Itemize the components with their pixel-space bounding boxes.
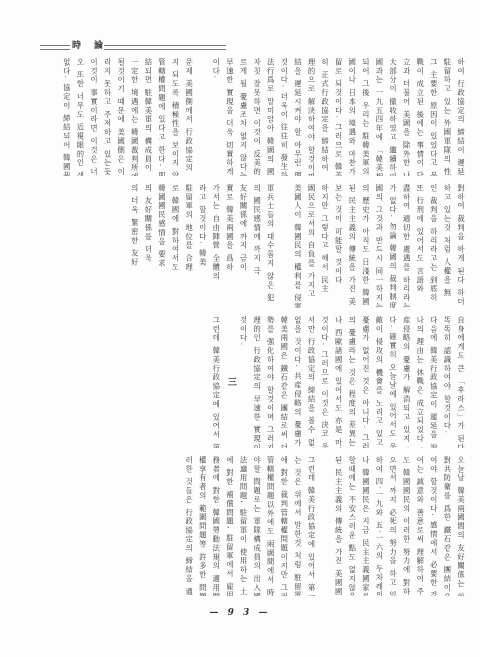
text-band-1: 하여 行政協定의 締結이 遲延된 것은 우리나라에駐留하고 있는 外國軍隊의 性…: [42, 58, 468, 176]
text-column: 一定한 境遇에는 韓國裁判所에서 이를 裁判하게: [128, 58, 142, 176]
text-column: 管轄權問題에 있다고 한다. 即 正式行政協定이 締: [155, 58, 169, 176]
text-band-3: 自身에게도 큰 「후라스」가 된다는 것을 美國側은똑똑히 認識하여야 할것이다…: [42, 316, 468, 448]
text-column: 에 對한 裁判管轄權問題이지만 그러나 이것만이: [278, 456, 292, 596]
text-column: 리지 못하고 주저하고 있는듯 하다. 그러나 萬一: [101, 58, 115, 176]
text-column: 의 國民感情에 까지 극: [251, 184, 265, 308]
text-column: 理的으로 解決하여야 할것이며 이제는 協定의 締: [305, 58, 319, 176]
text-column: 管轄權問題以外에도 兩國間에서 時急히 解決하여: [264, 456, 278, 596]
text-column: 나 韓國國民은 지금 民主主義國家를 建設하기 爲: [359, 456, 373, 596]
text-column: 의 友好關係를 더욱: [142, 184, 156, 308]
text-column: 友好關係에 까지 금이: [237, 184, 251, 308]
text-column: 美國人이 韓國民의 權利를 侵害: [291, 184, 305, 308]
text-column: 하여 四·一九와 五·一六의 두차례의 革命을 겪: [373, 456, 387, 596]
text-column: 가 없다. 勿論 韓國의 裁判制度: [386, 184, 400, 308]
text-column: 結되면 駐韓美軍의 構成員이 犯法行爲를 할때에: [142, 58, 156, 176]
text-column: 韓美兩國은 鐵石같은 團結로써 더욱 共同防衛態: [278, 316, 292, 448]
text-column: 여야 할것이다. 感情에서 必要한 것은 무엇보다도: [427, 456, 441, 596]
text-column: 理的인 行政協定의 早速한 實現이 더욱더 必要할: [251, 316, 265, 448]
text-column: 하지만 그렇다고 해서 民主: [318, 184, 332, 308]
text-column: 이다.: [210, 58, 224, 176]
text-column: 인 裁判을 하리라고는 到底히: [427, 184, 441, 308]
text-column: 法行爲로 말미암아 韓國의 國民感情이 惡化되고: [264, 58, 278, 176]
text-column: 自身에게도 큰 「후라스」가 된다는 것을 美國側은: [454, 316, 468, 448]
text-column: 立과 더불어 美國을 除外한 나머지 國家의 軍隊는: [400, 58, 414, 176]
text-column: 國이나 日本의 境遇와 마찬가지로 條約에 依한 駐: [346, 58, 360, 176]
page-number: — 9 3 —: [0, 608, 480, 618]
text-column: 로 韓國에 對하여서도: [169, 184, 183, 308]
text-column: 權享有者의 範圍問題等 許多한 問題가 있으며 이: [196, 456, 210, 596]
text-column: 것이다. 그러므로 이것은 決코 우리나라에 있어: [318, 316, 332, 448]
text-column: 에 對한 補償問題, 駐留軍에서 雇用하고 있는 勞: [223, 456, 237, 596]
text-column: 히 正式行政協定을 締結하여 駐留軍의 地位를 合: [318, 58, 332, 176]
text-column: 國의 그것과 반드시 同一하지는: [373, 184, 387, 308]
text-column: 된 民主主義의 傳統을 가진 美: [346, 184, 360, 308]
text-column: 産侵略의 憂慮가 解消되고 있지 않다는 點인것 같: [400, 316, 414, 448]
text-column: 되어 그後 우리는 駐韓美軍의 地位는 西歐諸國: [359, 58, 373, 176]
text-column: 오 또한 너무도 近視眼的인 생각이라고 아니할 수: [74, 58, 88, 176]
text-column: 으면서 까지 必死의 努力을 하고 있으며 美國側: [386, 456, 400, 596]
text-column: 는 것은 위에서 말한것 처럼 駐留軍人의 犯罪行爲: [291, 456, 305, 596]
text-column: 國과는 一九五四年에 「韓美相互防衛條約」이 締結: [373, 58, 387, 176]
text-column: 나 西歐諸國에 있어서도 亦是 마찬가지라고: [332, 316, 346, 448]
text-column: 오늘날 韓美兩國間의 友好關係는 前例없이 緊密하여: [454, 456, 468, 596]
text-column: [278, 184, 292, 308]
text-column: 그 主要한 原因이 있었다고 볼수 있다. 그러나 休: [427, 58, 441, 176]
text-column: 의 더욱 緊密한 友好: [128, 184, 142, 308]
document-page: 時 論 하여 行政協定의 締結이 遲延된 것은 우리나라에駐留하고 있는 外國軍…: [0, 0, 480, 657]
text-column: 것이다.: [237, 316, 251, 448]
text-column: 留로 되것이다. 그러므로 韓美兩國은 速: [332, 58, 346, 176]
text-column: 가서는 自由陣營 全體의: [210, 184, 224, 308]
text-column: 또 行刑에 있어서도 言語와: [414, 184, 428, 308]
text-column: 없을 것이다. 共産侵略의 憂慮가 있으면 있을수록: [291, 316, 305, 448]
text-column: 어는 誠意와 善意로써 理解하여 주려는 雅量이 있: [414, 456, 428, 596]
text-column: [196, 58, 210, 176]
header-char-1: 時: [72, 40, 81, 52]
text-column: 國民으로서의 自負를 가지고: [305, 184, 319, 308]
text-band-2: 對하여 裁判을 하게 된다 하더하고 있는것 처럼 人權을 無인 裁判을 하리라…: [42, 184, 468, 308]
text-column: [318, 456, 332, 596]
text-column: 盡하여 適切한 處遇를 하리라는: [400, 184, 414, 308]
text-column: 實로 韓美兩國을 爲하: [223, 184, 237, 308]
text-column: 자칫 잘못하면 이것이 反美的인 方向으로 까지 호: [251, 58, 265, 176]
text-band-4: 오늘날 韓美兩國間의 友好關係는 前例없이 緊密하여對共防衛를 爲한 鐵石같은 …: [42, 456, 468, 596]
text-column: 그런데 韓美行政協定에 있어서 第一 問題가 되: [305, 456, 319, 596]
text-column: 르게 될 憂慮조차 없지 않다는 것을 行政協定의: [237, 58, 251, 176]
text-column: 할때에는 不安스러운 點도 없지않을 것이다. 그러: [346, 456, 360, 596]
text-column: 敵이 侵攻의 機會를 노리고 있고 따라서 侵略의: [373, 316, 387, 448]
text-column: 것이다. 더욱이 往往히 發生하는 一韓兵士들의 犯: [278, 58, 292, 176]
text-column: 똑똑히 認識하여야 할것이다.: [441, 316, 455, 448]
text-column: 러한 것들은 行政協定의 締結을 通하여서만 解決: [183, 456, 197, 596]
text-column: 早速한 實現을 더욱 切實하게 느끼게 하고 있는것: [223, 58, 237, 176]
text-column: 對共防衛를 爲한 鐵石같은 團結이오 또 兩國民間: [441, 456, 455, 596]
text-column: 勢를 强化하여야 할것이며 그러기 爲하여서는 合: [264, 316, 278, 448]
text-column: 하여 行政協定의 締結이 遲延된 것은 우리나라에: [454, 58, 468, 176]
text-column: 지 되도록 積極性을 보이지 않는 理由가 主로 刑事: [169, 58, 183, 176]
text-column: 戰이 成立된 後에는 事情이 달라졌다. 休戰의 成: [414, 58, 428, 176]
text-column: 하고 있는것 처럼 人權을 無: [441, 184, 455, 308]
text-column: 문제 美國側에서 行政協定의 締結에 지금까: [183, 58, 197, 176]
section-header: 時 論: [40, 40, 188, 54]
text-column: 駐留하고 있는 外國軍隊의 性格이 特殊하다는데: [441, 58, 455, 176]
text-column: 도 韓國國民의 이러한 努力에 對하: [400, 456, 414, 596]
text-column: 다음에 韓美行政協定이 遲延을 說明하려는 또하: [427, 316, 441, 448]
text-column: 對하여 裁判을 하게 된다 하더: [454, 184, 468, 308]
text-column: 務者에 對한 韓國勞動法規의 適用問題, 그리고 特: [210, 456, 224, 596]
header-rule-right: [104, 45, 226, 50]
text-column: 다. 確實히 오늘날에 있어서도 우리의 눈앞에서는: [386, 316, 400, 448]
header-char-2: 論: [94, 40, 103, 52]
header-rule-left: [40, 45, 70, 50]
text-column: 라고 할것이다. 韓美: [196, 184, 210, 308]
text-column: 의 憂慮라는 것은 程度의 差異는 있을 망정 日本: [346, 316, 360, 448]
text-column: 의 歷史가 아직도 日淺한 韓國: [359, 184, 373, 308]
text-column: 보는 것이 可能할 것이다: [332, 184, 346, 308]
text-column: 軍兵士들의 대수롭지 않은 犯: [264, 184, 278, 308]
text-column: 大部分이 撤收하였고 繼續하여 駐留하고 있는 美: [386, 58, 400, 176]
text-column: 된 民主主義의 傳統을 가진 美國國民들의 눈으로: [332, 456, 346, 596]
text-column: 韓國國民感情을 要求: [155, 184, 169, 308]
text-column: 서만 行政協定의 締結을 볼수 없다는 理由는 될수: [305, 316, 319, 448]
text-column: 없다. 協定이 締結되어 韓國裁判所가 美國軍人에: [60, 58, 74, 176]
text-column: 憂慮가 없어진 것은 아니다. 그러나 이러한 侵略: [359, 316, 373, 448]
text-column: 될것이기 때문에 美國側은 이에 對하여 硏究를 내: [115, 58, 129, 176]
text-column: 야할 問題로는 軍隊構成員의 出入國에 따르는 關稅: [251, 456, 265, 596]
text-column: 結을 遲延시켜야 할 아무런 理由도 發見할 수 없는: [291, 58, 305, 176]
text-column: 그런데 韓美行政協定에 있어서 第一 問題가 되: [210, 316, 224, 448]
text-column: 이것이 事實이라면 이것은 너무도 지나친 杞憂이: [87, 58, 101, 176]
section-heading-three: 三: [223, 316, 237, 448]
text-column: 法適用問題, 駐留軍이 使用하는 土地, 施設, 建物: [237, 456, 251, 596]
text-column: 駐留軍의 地位를 合理: [183, 184, 197, 308]
text-column: 나의 理由는 休戰은 成立되었다 하더라도 아직 共: [414, 316, 428, 448]
